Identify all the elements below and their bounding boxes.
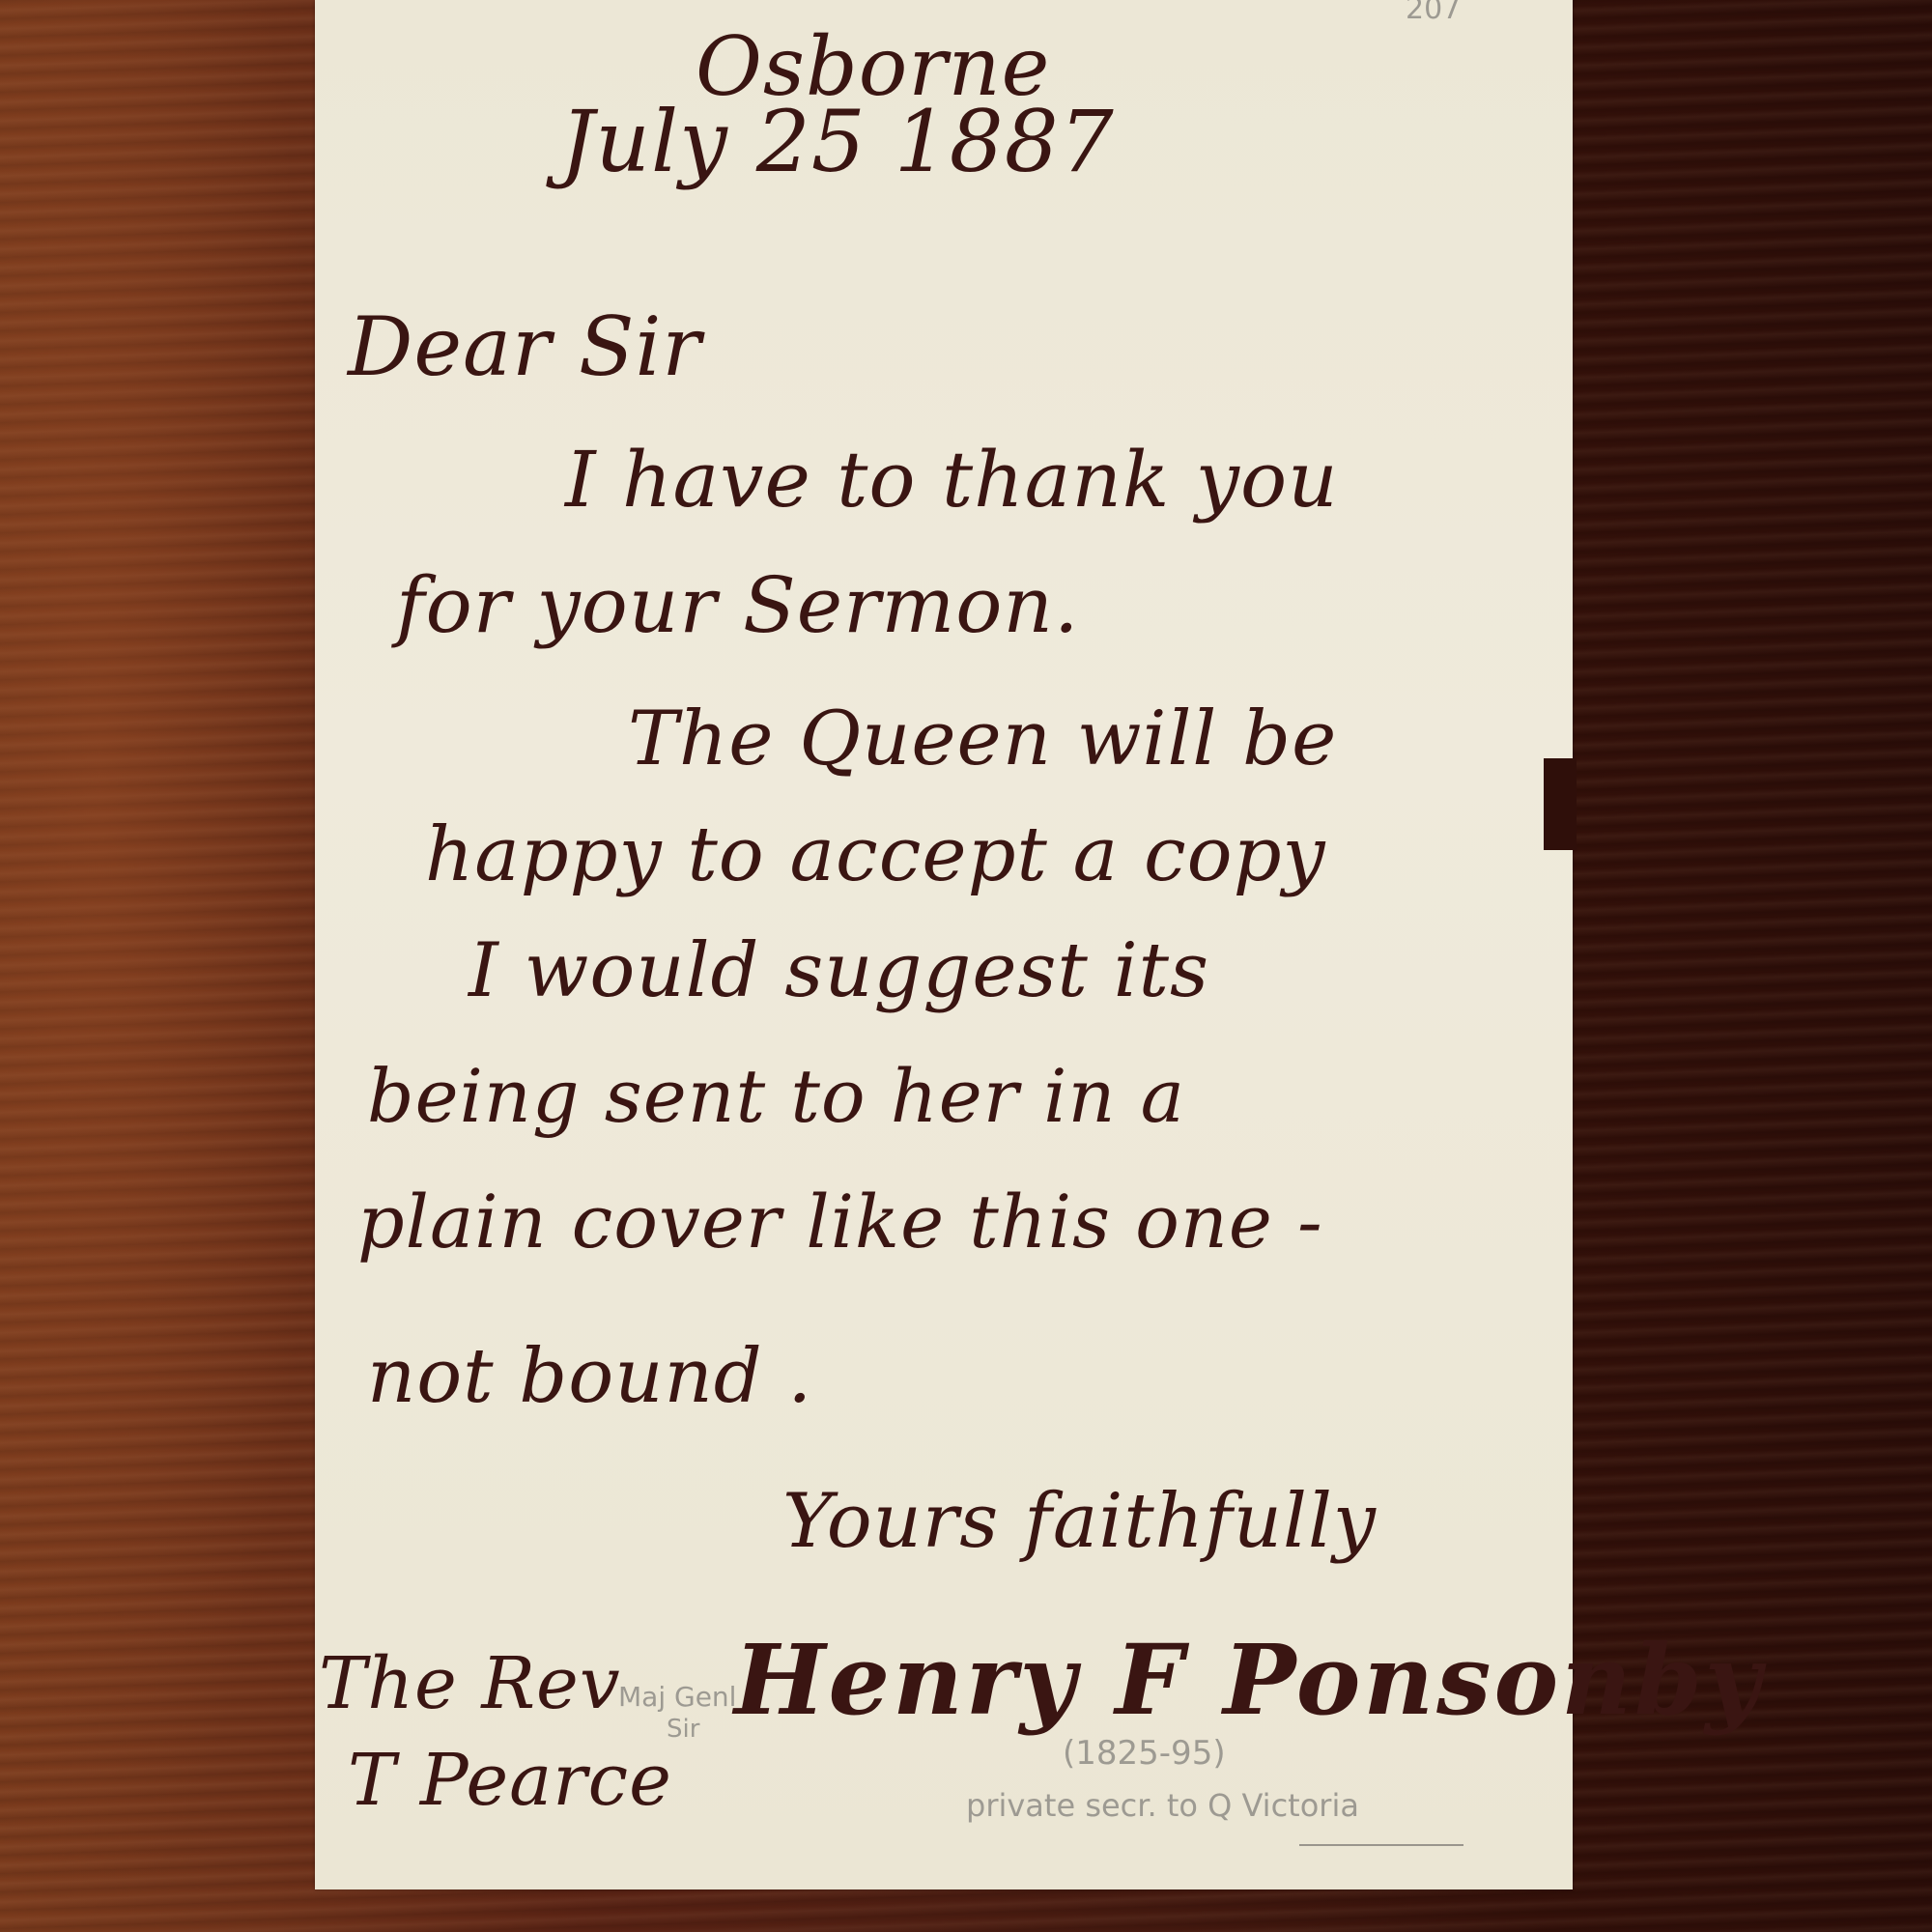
pencil-title-note-1: Maj Genl bbox=[618, 1681, 736, 1713]
letter-date: July 25 1887 bbox=[560, 92, 1115, 191]
body-line-7: plain cover like this one - bbox=[357, 1179, 1323, 1264]
body-line-2: for your Sermon. bbox=[396, 560, 1079, 650]
pencil-role: private secr. to Q Victoria bbox=[966, 1787, 1359, 1824]
body-line-3: The Queen will be bbox=[628, 696, 1337, 782]
body-line-5: I would suggest its bbox=[469, 927, 1209, 1014]
body-line-6: being sent to her in a bbox=[367, 1053, 1185, 1139]
body-line-4: happy to accept a copy bbox=[425, 811, 1326, 898]
pencil-dates: (1825-95) bbox=[1063, 1734, 1226, 1773]
addressee-line-2: T Pearce bbox=[348, 1739, 672, 1822]
pencil-underline bbox=[1299, 1844, 1463, 1846]
paper-notch bbox=[1544, 758, 1577, 850]
letter-salutation: Dear Sir bbox=[348, 299, 702, 394]
letter-signature: Henry F Ponsonby bbox=[734, 1623, 1764, 1737]
body-line-1: I have to thank you bbox=[565, 435, 1339, 525]
letter-closing: Yours faithfully bbox=[782, 1478, 1377, 1565]
wood-highlight bbox=[0, 0, 328, 1932]
addressee-line-1: The Rev bbox=[319, 1642, 621, 1725]
body-line-8: not bound . bbox=[367, 1333, 812, 1420]
corner-pencil-mark: 207 bbox=[1406, 0, 1461, 26]
